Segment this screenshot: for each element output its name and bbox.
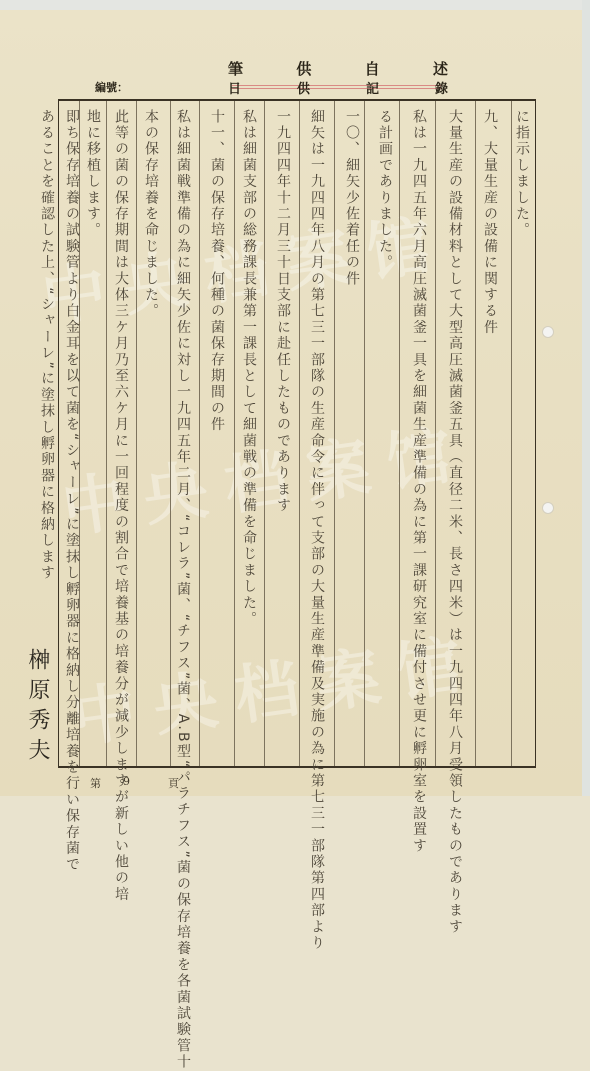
text-column: 私は細菌戦準備の為に細矢少佐に対し一九四五年二月、“コレラ”菌、“チフス”菌、A… xyxy=(175,109,191,796)
serial-number-label: 編號： xyxy=(95,79,128,95)
title-char: 錄 xyxy=(435,78,448,97)
signature: 榊原秀夫 xyxy=(22,648,53,768)
column-rule xyxy=(511,101,512,766)
column-rule xyxy=(399,101,400,766)
column-rule xyxy=(364,101,365,766)
form-title-top: 筆 供 自 述 xyxy=(228,58,448,79)
document-page: 中央档案馆 中央档案馆 中央档案馆 筆 供 自 述 日 供 記 錄 編號： に指… xyxy=(0,0,590,796)
title-char: 述 xyxy=(433,58,448,79)
text-column: 地に移植します。 xyxy=(85,109,101,239)
column-rule xyxy=(435,101,436,766)
column-rule xyxy=(170,101,171,766)
title-char: 筆 xyxy=(228,58,243,79)
text-column: あることを確認した上、“シャーレ”に塗抹し孵卵器に格納します xyxy=(39,109,55,582)
column-rule xyxy=(475,101,476,766)
text-column: 私は細菌支部の総務課長兼第一課長として細菌戦の準備を命じました。 xyxy=(241,109,257,627)
form-title-bottom: 日 供 記 錄 xyxy=(228,78,448,97)
text-column: 九、大量生産の設備に関する件 xyxy=(482,109,498,336)
text-column: 一九四四年十二月三十日支部に赴任したものであります xyxy=(275,109,291,514)
text-column: に指示しました。 xyxy=(514,109,530,239)
page-footer-prefix: 第 xyxy=(90,775,101,791)
text-column: る計画でありました。 xyxy=(377,109,393,271)
page-number: 9 xyxy=(123,775,130,788)
scan-top-edge xyxy=(0,0,590,10)
text-column: 私は一九四五年六月高圧滅菌釜一具を細菌生産準備の為に第一課研究室に備付させ更に孵… xyxy=(411,109,427,796)
text-column: 大量生産の設備材料として大型高圧滅菌釜五具（直径二米、長さ四米）は一九四四年八月… xyxy=(447,109,463,796)
column-rule xyxy=(264,101,265,766)
title-char: 供 xyxy=(296,58,311,79)
text-column: 即ち保存培養の試験管より白金耳を以て菌を“シャーレ”に塗抹し孵卵器に格納し分離培… xyxy=(64,109,80,796)
column-rule xyxy=(299,101,300,766)
column-rule xyxy=(334,101,335,766)
punch-hole xyxy=(542,502,554,514)
ruled-text-frame: に指示しました。 九、大量生産の設備に関する件 大量生産の設備材料として大型高圧… xyxy=(58,99,536,768)
column-rule xyxy=(199,101,200,766)
page-footer-suffix: 頁 xyxy=(168,775,179,791)
title-char: 自 xyxy=(365,58,380,79)
text-column: 十一、菌の保存培養、何種の菌保存期間の件 xyxy=(209,109,225,433)
column-rule xyxy=(136,101,137,766)
column-rule xyxy=(106,101,107,766)
title-char: 供 xyxy=(297,78,310,97)
text-column: 此等の菌の保存期間は大体三ケ月乃至六ケ月に一回程度の割合で培養基の培養分が減少し… xyxy=(113,109,129,796)
title-char: 日 xyxy=(228,78,241,97)
punch-hole xyxy=(542,326,554,338)
title-char: 記 xyxy=(366,78,379,97)
text-column: 本の保存培養を命じました。 xyxy=(143,109,159,320)
text-column: 細矢は一九四四年八月の第七三一部隊の生産命令に伴って支部の大量生産準備及実施の為… xyxy=(309,109,325,796)
column-rule xyxy=(234,101,235,766)
text-column: 一〇、細矢少佐着任の件 xyxy=(344,109,360,287)
scan-right-edge xyxy=(582,0,590,796)
